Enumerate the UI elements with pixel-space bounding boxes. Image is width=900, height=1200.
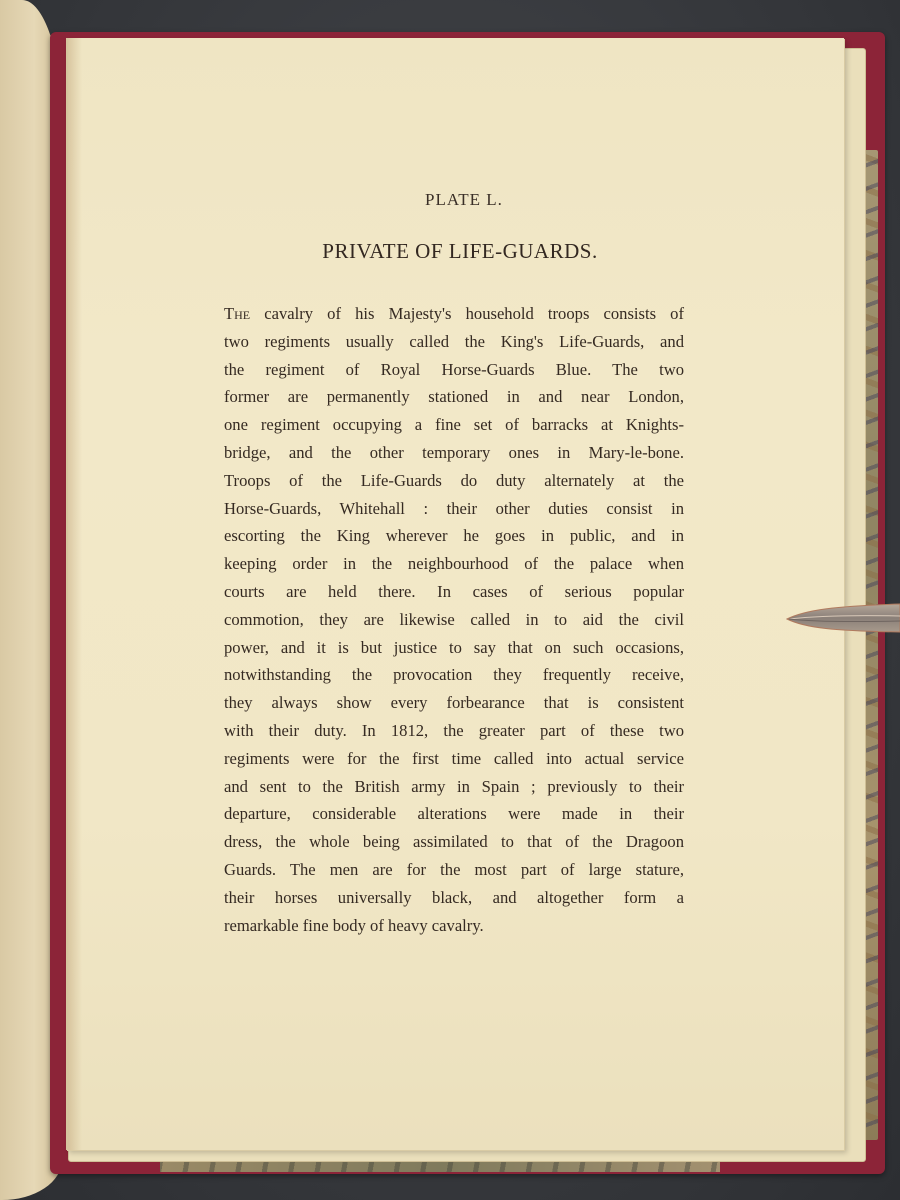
text-line: one regiment occupying a fine set of bar… bbox=[224, 411, 684, 439]
text-line: with their duty. In 1812, the greater pa… bbox=[224, 717, 684, 745]
text-line: the regiment of Royal Horse-Guards Blue.… bbox=[224, 356, 684, 384]
text-line: regiments were for the first time called… bbox=[224, 745, 684, 773]
text-line: and sent to the British army in Spain ; … bbox=[224, 773, 684, 801]
text-line: they always show every forbearance that … bbox=[224, 689, 684, 717]
text-line: keeping order in the neighbourhood of th… bbox=[224, 550, 684, 578]
text-line: former are permanently stationed in and … bbox=[224, 383, 684, 411]
body-paragraph: The cavalry of his Majesty's household t… bbox=[224, 300, 684, 939]
text-line: Horse-Guards, Whitehall : their other du… bbox=[224, 495, 684, 523]
text-line: two regiments usually called the King's … bbox=[224, 328, 684, 356]
text-line: bridge, and the other temporary ones in … bbox=[224, 439, 684, 467]
text-line: departure, considerable alterations were… bbox=[224, 800, 684, 828]
text-line: Guards. The men are for the most part of… bbox=[224, 856, 684, 884]
text-line: The cavalry of his Majesty's household t… bbox=[224, 300, 684, 328]
text-line: remarkable fine body of heavy cavalry. bbox=[224, 912, 684, 940]
paper-knife-icon bbox=[785, 598, 900, 638]
text-line: power, and it is but justice to say that… bbox=[224, 634, 684, 662]
text-line: their horses universally black, and alto… bbox=[224, 884, 684, 912]
text-line: commotion, they are likewise called in t… bbox=[224, 606, 684, 634]
book-page: PLATE L. PRIVATE OF LIFE-GUARDS. The cav… bbox=[66, 38, 844, 1150]
text-line: courts are held there. In cases of serio… bbox=[224, 578, 684, 606]
text-line: Troops of the Life-Guards do duty altern… bbox=[224, 467, 684, 495]
text-line: escorting the King wherever he goes in p… bbox=[224, 522, 684, 550]
text-line: notwithstanding the provocation they fre… bbox=[224, 661, 684, 689]
drop-smallcaps: The bbox=[224, 304, 250, 323]
plate-number: PLATE L. bbox=[68, 190, 844, 210]
text-line: dress, the whole being assimilated to th… bbox=[224, 828, 684, 856]
page-title: PRIVATE OF LIFE-GUARDS. bbox=[68, 239, 844, 264]
